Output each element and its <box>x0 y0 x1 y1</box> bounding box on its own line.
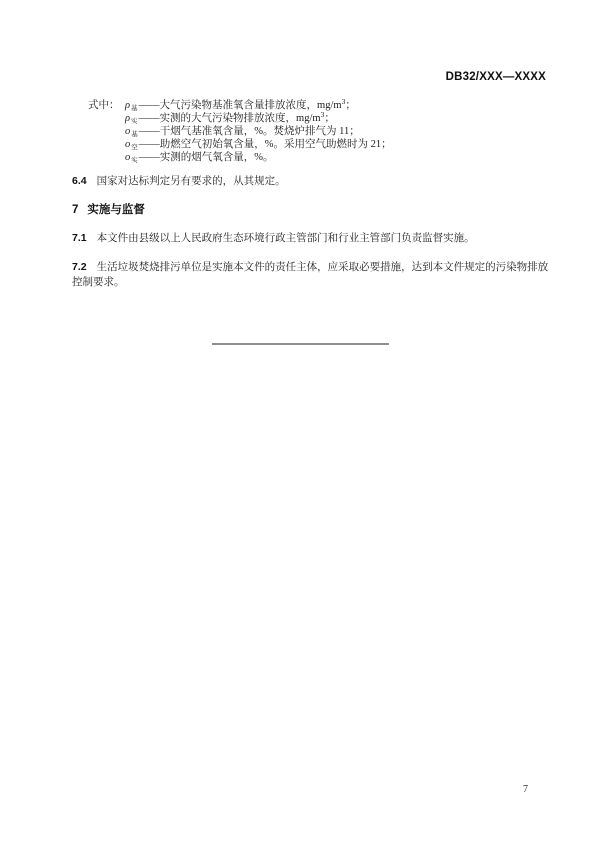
symbol-letter: ρ <box>125 113 130 124</box>
where-lead: 式中： <box>88 99 125 112</box>
symbol-subscript: 实 <box>131 118 138 125</box>
formula-where-block: 式中： ρ基 ——大气污染物基准氧含量排放浓度，mg/m3； ρ实 ——实测的大… <box>88 95 392 160</box>
symbol-letter: o <box>125 139 130 150</box>
clause-number: 7.2 <box>72 261 87 273</box>
symbol-subscript: 实 <box>131 157 138 164</box>
end-of-text-rule <box>212 343 389 345</box>
term-punctuation: ； <box>345 100 356 111</box>
clause-text: 本文件由县级以上人民政府生态环境行政主管部门和行业主管部门负责监督实施。 <box>97 233 475 244</box>
term-symbol: o实 <box>125 151 139 167</box>
section-title: 实施与监督 <box>87 204 145 216</box>
term-definition: ——实测的烟气氧含量，%。 <box>139 147 274 164</box>
symbol-subscript: 空 <box>131 144 138 151</box>
clause-text: 生活垃圾焚烧排污单位是实施本文件的责任主体，应采取必要措施，达到本文件规定的污染… <box>72 262 548 288</box>
clause-number: 7.1 <box>72 232 87 244</box>
symbol-subscript: 基 <box>131 131 138 138</box>
symbol-letter: o <box>125 126 130 137</box>
header-doc-code: DB32/XXX—XXXX <box>446 71 546 83</box>
section-number: 7 <box>72 204 78 216</box>
clause-6-4: 6.4国家对达标判定另有要求的，从其规定。 <box>72 174 552 190</box>
symbol-letter: ρ <box>125 100 130 111</box>
section-7-heading: 7实施与监督 <box>72 201 145 217</box>
clause-7-2: 7.2生活垃圾焚烧排污单位是实施本文件的责任主体，应采取必要措施，达到本文件规定… <box>72 260 549 290</box>
formula-term-line: 式中： ρ基 ——大气污染物基准氧含量排放浓度，mg/m3； <box>88 95 392 108</box>
document-page: DB32/XXX—XXXX 式中： ρ基 ——大气污染物基准氧含量排放浓度，mg… <box>0 0 600 848</box>
clause-text: 国家对达标判定另有要求的，从其规定。 <box>97 176 286 187</box>
clause-number: 6.4 <box>72 175 87 187</box>
page-number: 7 <box>523 784 528 795</box>
symbol-subscript: 基 <box>131 105 138 112</box>
definition-text: ——实测的烟气氧含量，%。 <box>139 152 274 163</box>
clause-7-1: 7.1本文件由县级以上人民政府生态环境行政主管部门和行业主管部门负责监督实施。 <box>72 231 562 247</box>
symbol-letter: o <box>125 152 130 163</box>
